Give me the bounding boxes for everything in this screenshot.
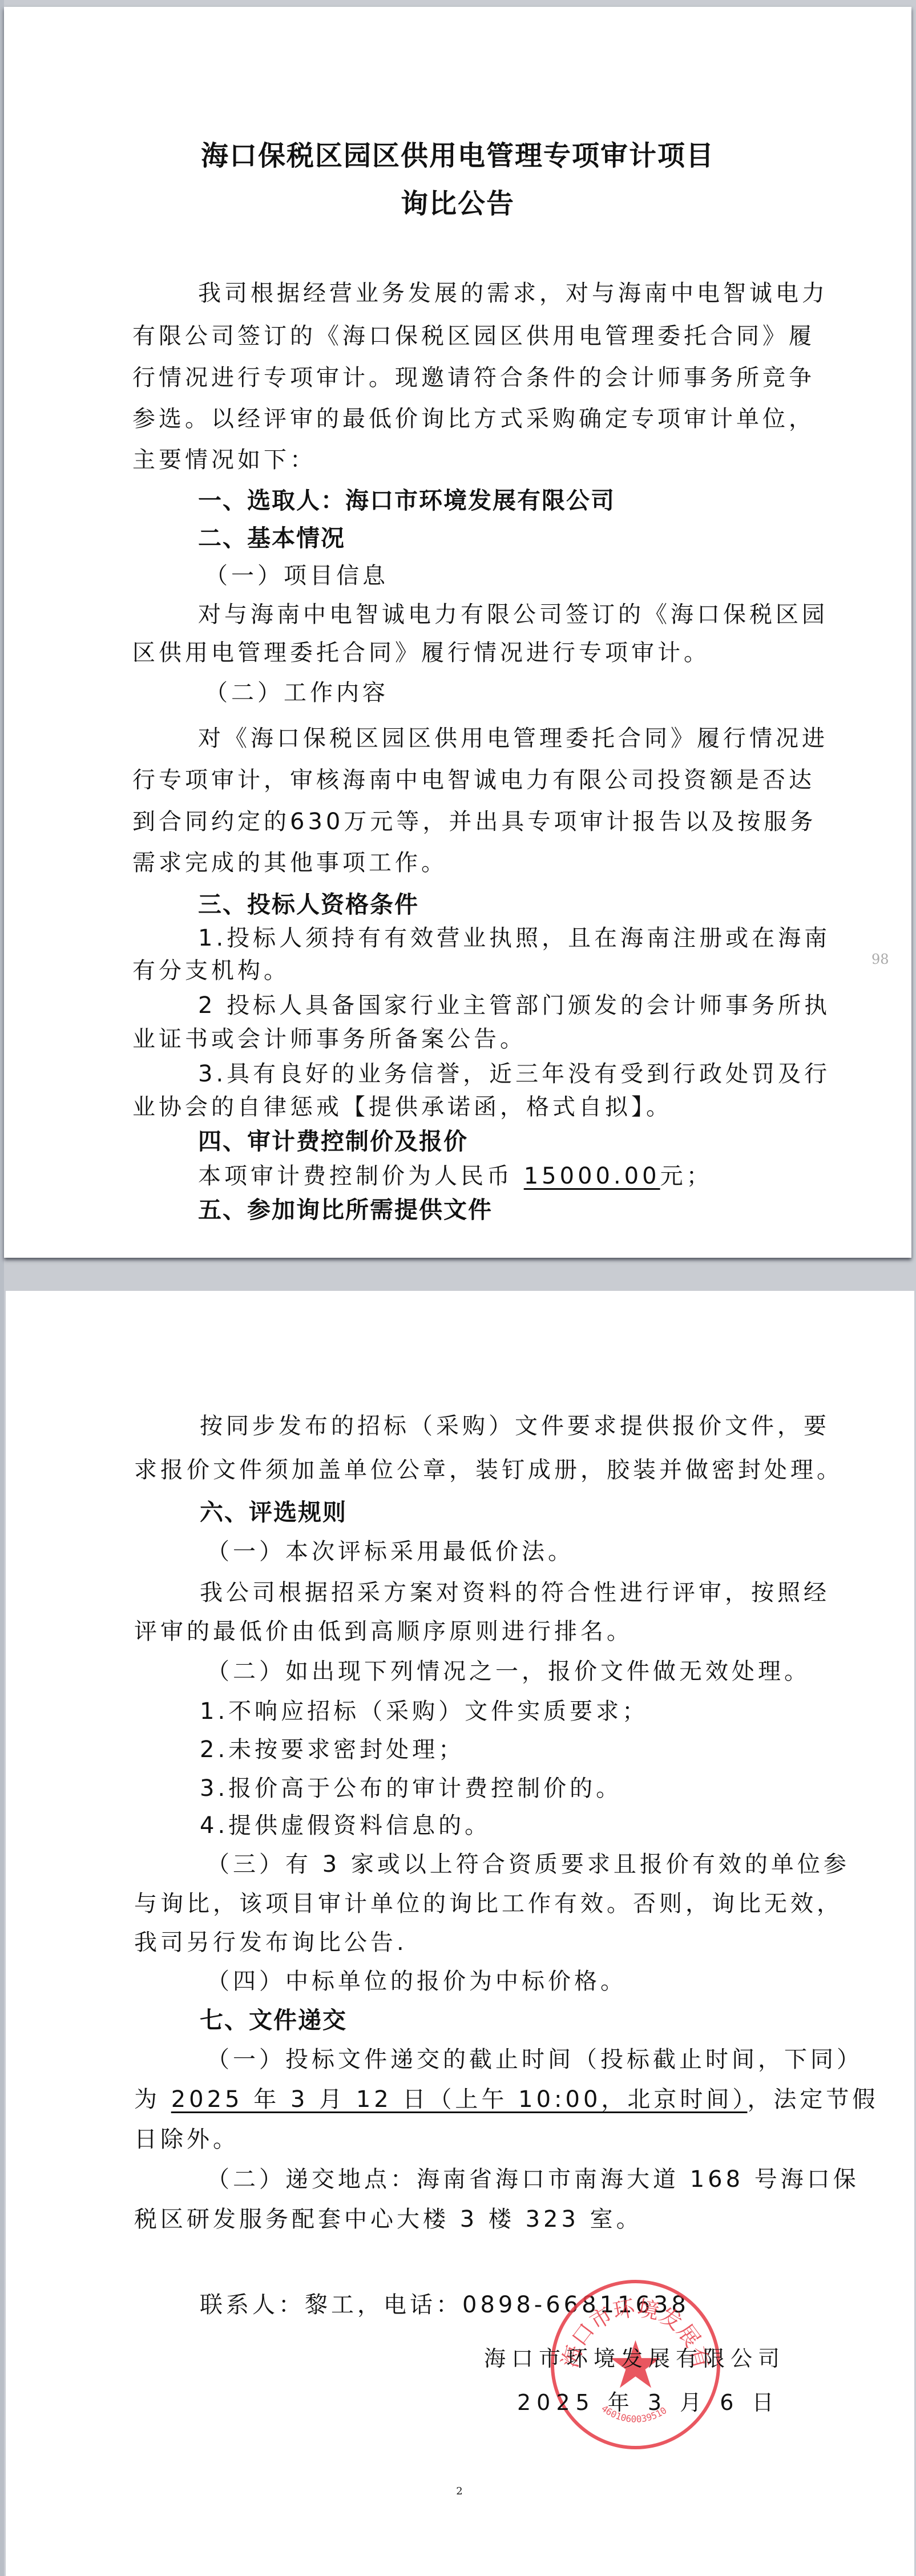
intro-line: 我司根据经营业务发展的需求，对与海南中电智诚电力: [198, 275, 800, 308]
signer-date: 2025 年 3 月 6 日: [517, 2385, 779, 2416]
intro-line: 行情况进行专项审计。现邀请符合条件的会计师事务所竞争: [132, 360, 800, 392]
invalid-condition-item: 3.报价高于公布的审计费控制价的。: [200, 1770, 802, 1803]
body-line: （三）有 3 家或以上符合资质要求且报价有效的单位参: [207, 1846, 874, 1879]
qualification-item: 3.具有良好的业务信誉，近三年没有受到行政处罚及行: [198, 1056, 800, 1088]
invalid-condition-item: 1.不响应招标（采购）文件实质要求；: [200, 1693, 802, 1726]
document-page-2: 按同步发布的招标（采购）文件要求提供报价文件，要 求报价文件须加盖单位公章，装钉…: [6, 1291, 914, 2576]
control-price-amount: 15000.00: [524, 1163, 660, 1189]
body-line: 对《海口保税区园区供用电管理委托合同》履行情况进: [198, 720, 800, 753]
body-line: 区供用电管理委托合同》履行情况进行专项审计。: [132, 635, 800, 667]
body-line: 评审的最低价由低到高顺序原则进行排名。: [134, 1613, 802, 1646]
subsection-heading: （二）工作内容: [205, 675, 873, 707]
control-price-prefix: 本项审计费控制价为人民币: [198, 1163, 524, 1189]
deadline-prefix: 为: [134, 2086, 171, 2113]
qualification-item: 业证书或会计师事务所备案公告。: [132, 1021, 800, 1053]
invalid-condition-item: 2.未按要求密封处理；: [200, 1731, 802, 1764]
body-line: 求报价文件须加盖单位公章，装钉成册，胶装并做密封处理。: [134, 1452, 802, 1484]
intro-line: 参选。以经评审的最低价询比方式采购确定专项审计单位，: [132, 401, 800, 433]
invalid-condition-item: 4.提供虚假资料信息的。: [200, 1807, 802, 1840]
section-heading-4: 四、审计费控制价及报价: [198, 1123, 800, 1156]
page-number: 2: [6, 2485, 913, 2497]
section-heading-2: 二、基本情况: [198, 519, 800, 553]
body-line: （四）中标单位的报价为中标价格。: [207, 1963, 874, 1996]
qualification-item: 1.投标人须持有有效营业执照，且在海南注册或在海南: [198, 920, 800, 952]
body-line: 我公司根据招采方案对资料的符合性进行评审，按照经: [200, 1574, 802, 1607]
handwritten-margin-mark: 98: [871, 951, 889, 967]
body-line: （一）投标文件递交的截止时间（投标截止时间，下同）: [207, 2041, 874, 2074]
section-heading-3: 三、投标人资格条件: [198, 886, 800, 919]
subsection-heading: （二）如出现下列情况之一，报价文件做无效处理。: [207, 1653, 874, 1686]
deadline-suffix: ，法定节假: [747, 2086, 878, 2113]
qualification-item: 有分支机构。: [132, 952, 800, 985]
subsection-heading: （一）项目信息: [205, 558, 873, 590]
body-line: （二）递交地点：海南省海口市南海大道 168 号海口保: [207, 2161, 874, 2194]
body-line: 需求完成的其他事项工作。: [132, 845, 800, 877]
body-line: 行专项审计，审核海南中电智诚电力有限公司投资额是否达: [132, 762, 800, 794]
deadline-line: 为 2025 年 3 月 12 日（上午 10:00，北京时间），法定节假: [134, 2081, 802, 2114]
subsection-heading: （一）本次评标采用最低价法。: [207, 1533, 874, 1566]
signer-company: 海口市环境发展有限公司: [484, 2341, 785, 2372]
intro-line: 主要情况如下：: [132, 442, 800, 474]
body-line: 按同步发布的招标（采购）文件要求提供报价文件，要: [200, 1408, 802, 1440]
body-line: 对与海南中电智诚电力有限公司签订的《海口保税区园: [198, 596, 800, 629]
document-page-1: 海口保税区园区供用电管理专项审计项目 询比公告 我司根据经营业务发展的需求，对与…: [4, 7, 911, 1258]
document-title-line2: 询比公告: [4, 181, 911, 221]
body-line: 日除外。: [134, 2121, 802, 2154]
control-price-suffix: 元；: [660, 1163, 713, 1189]
qualification-item: 2 投标人具备国家行业主管部门颁发的会计师事务所执: [198, 987, 800, 1020]
intro-line: 有限公司签订的《海口保税区园区供用电管理委托合同》履: [132, 318, 800, 350]
page-number: 1: [4, 1208, 911, 1220]
section-heading-1: 一、选取人：海口市环境发展有限公司: [198, 482, 800, 515]
document-title-line1: 海口保税区园区供用电管理专项审计项目: [4, 134, 911, 173]
control-price-line: 本项审计费控制价为人民币 15000.00元；: [198, 1158, 800, 1190]
viewer-left-gutter: [0, 0, 4, 2576]
deadline-datetime: 2025 年 3 月 12 日（上午 10:00，北京时间）: [171, 2086, 748, 2113]
section-heading-6: 六、评选规则: [200, 1493, 802, 1527]
body-line: 与询比，该项目审计单位的询比工作有效。否则，询比无效，: [134, 1885, 802, 1918]
body-line: 税区研发服务配套中心大楼 3 楼 323 室。: [134, 2201, 802, 2234]
body-line: 我司另行发布询比公告.: [134, 1924, 802, 1957]
qualification-item: 业协会的自律惩戒【提供承诺函，格式自拟】。: [132, 1089, 800, 1121]
section-heading-7: 七、文件递交: [200, 2001, 802, 2035]
body-line: 到合同约定的630万元等，并出具专项审计报告以及按服务: [132, 804, 800, 836]
